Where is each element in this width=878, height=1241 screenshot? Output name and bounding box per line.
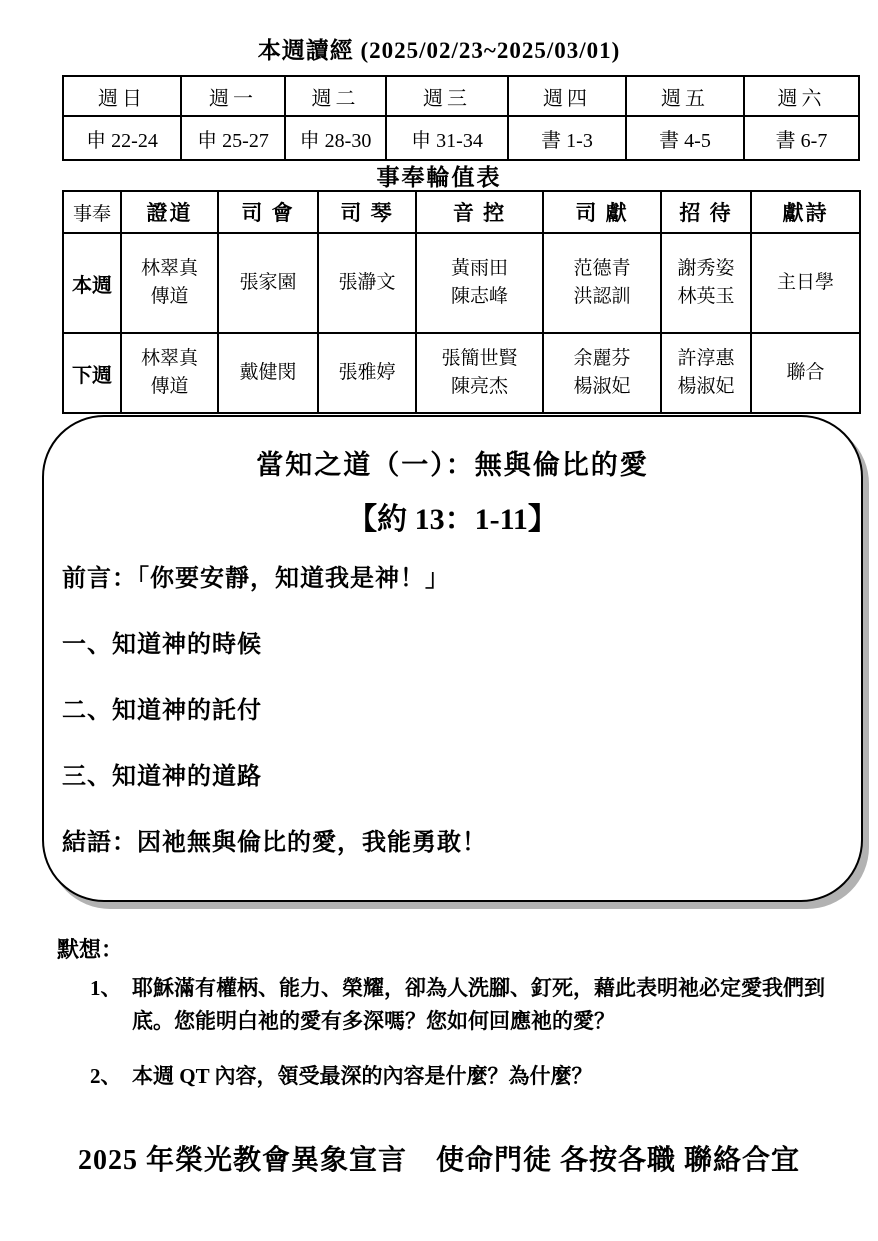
church-vision-statement: 2025 年榮光教會異象宣言 使命門徒 各按各職 聯絡合宜 <box>0 1138 878 1178</box>
reading-day-header: 週日 <box>63 76 181 116</box>
reading-passage: 申 22-24 <box>63 116 181 160</box>
roster-role-header: 音 控 <box>416 191 543 233</box>
sermon-point-1: 一、知道神的時候 <box>62 630 837 660</box>
reading-passage: 書 4-5 <box>626 116 744 160</box>
meditation-item-text: 本週 QT 內容，領受最深的內容是什麼？為什麼？ <box>132 1060 854 1093</box>
reading-day-header: 週三 <box>386 76 508 116</box>
reading-day-header: 週五 <box>626 76 744 116</box>
reading-passage: 申 25-27 <box>181 116 285 160</box>
meditation-item-number: 1、 <box>90 972 132 1005</box>
sermon-scripture-reference: 【約 13：1-11】 <box>44 494 861 538</box>
roster-role-header: 證道 <box>121 191 218 233</box>
sermon-outline-box: 當知之道（一）：無與倫比的愛 【約 13：1-11】 前言：「你要安靜，知道我是… <box>42 415 863 902</box>
roster-cell: 戴健閔 <box>218 333 318 413</box>
roster-cell: 張家園 <box>218 233 318 333</box>
roster-role-header: 司 獻 <box>543 191 661 233</box>
reading-passage-row: 申 22-24 申 25-27 申 28-30 申 31-34 書 1-3 書 … <box>63 116 859 160</box>
roster-role-header: 獻詩 <box>751 191 860 233</box>
roster-cell: 余麗芬 楊淑妃 <box>543 333 661 413</box>
meditation-item-1: 1、 耶穌滿有權柄、能力、榮耀，卻為人洗腳、釘死，藉此表明祂必定愛我們到底。您能… <box>90 972 854 1038</box>
reading-passage: 申 31-34 <box>386 116 508 160</box>
reading-passage: 申 28-30 <box>285 116 386 160</box>
roster-role-header: 招 待 <box>661 191 751 233</box>
roster-row-this-week: 本週 林翠真 傳道 張家園 張瀞文 黃雨田 陳志峰 范德青 洪認訓 謝秀姿 林英… <box>63 233 860 333</box>
roster-row-next-week: 下週 林翠真 傳道 戴健閔 張雅婷 張簡世賢 陳亮杰 余麗芬 楊淑妃 許淳惠 楊… <box>63 333 860 413</box>
bulletin-page: 本週讀經 (2025/02/23~2025/03/01) 週日 週一 週二 週三… <box>0 0 878 1241</box>
reading-day-header: 週六 <box>744 76 859 116</box>
sermon-conclusion-line: 結語：因祂無與倫比的愛，我能勇敢！ <box>62 828 837 858</box>
roster-cell: 林翠真 傳道 <box>121 333 218 413</box>
roster-cell: 張瀞文 <box>318 233 416 333</box>
roster-cell: 許淳惠 楊淑妃 <box>661 333 751 413</box>
reading-passage: 書 1-3 <box>508 116 626 160</box>
reading-passage: 書 6-7 <box>744 116 859 160</box>
roster-header-row: 事奉 證道 司 會 司 琴 音 控 司 獻 招 待 獻詩 <box>63 191 860 233</box>
sermon-intro-line: 前言：「你要安靜，知道我是神！」 <box>62 564 837 594</box>
roster-cell: 黃雨田 陳志峰 <box>416 233 543 333</box>
duty-roster-table: 事奉 證道 司 會 司 琴 音 控 司 獻 招 待 獻詩 本週 林翠真 傳道 張… <box>62 190 861 414</box>
sermon-point-3: 三、知道神的道路 <box>62 762 837 792</box>
roster-cell: 謝秀姿 林英玉 <box>661 233 751 333</box>
reading-schedule-title: 本週讀經 (2025/02/23~2025/03/01) <box>0 32 878 65</box>
roster-cell: 主日學 <box>751 233 860 333</box>
duty-roster-title: 事奉輪值表 <box>0 159 878 192</box>
sermon-title: 當知之道（一）：無與倫比的愛 <box>44 443 861 482</box>
reading-day-header: 週二 <box>285 76 386 116</box>
reading-schedule-table: 週日 週一 週二 週三 週四 週五 週六 申 22-24 申 25-27 申 2… <box>62 75 860 161</box>
reading-header-row: 週日 週一 週二 週三 週四 週五 週六 <box>63 76 859 116</box>
meditation-item-text: 耶穌滿有權柄、能力、榮耀，卻為人洗腳、釘死，藉此表明祂必定愛我們到底。您能明白祂… <box>132 972 854 1038</box>
meditation-list: 1、 耶穌滿有權柄、能力、榮耀，卻為人洗腳、釘死，藉此表明祂必定愛我們到底。您能… <box>90 972 854 1093</box>
reading-day-header: 週四 <box>508 76 626 116</box>
roster-cell: 張雅婷 <box>318 333 416 413</box>
roster-corner-header: 事奉 <box>63 191 121 233</box>
reading-day-header: 週一 <box>181 76 285 116</box>
roster-cell: 林翠真 傳道 <box>121 233 218 333</box>
roster-role-header: 司 會 <box>218 191 318 233</box>
roster-row-label: 下週 <box>63 333 121 413</box>
sermon-point-2: 二、知道神的託付 <box>62 696 837 726</box>
roster-cell: 張簡世賢 陳亮杰 <box>416 333 543 413</box>
roster-row-label: 本週 <box>63 233 121 333</box>
meditation-label: 默想： <box>57 933 123 964</box>
meditation-item-2: 2、 本週 QT 內容，領受最深的內容是什麼？為什麼？ <box>90 1060 854 1093</box>
meditation-item-number: 2、 <box>90 1060 132 1093</box>
roster-cell: 范德青 洪認訓 <box>543 233 661 333</box>
roster-cell: 聯合 <box>751 333 860 413</box>
roster-role-header: 司 琴 <box>318 191 416 233</box>
